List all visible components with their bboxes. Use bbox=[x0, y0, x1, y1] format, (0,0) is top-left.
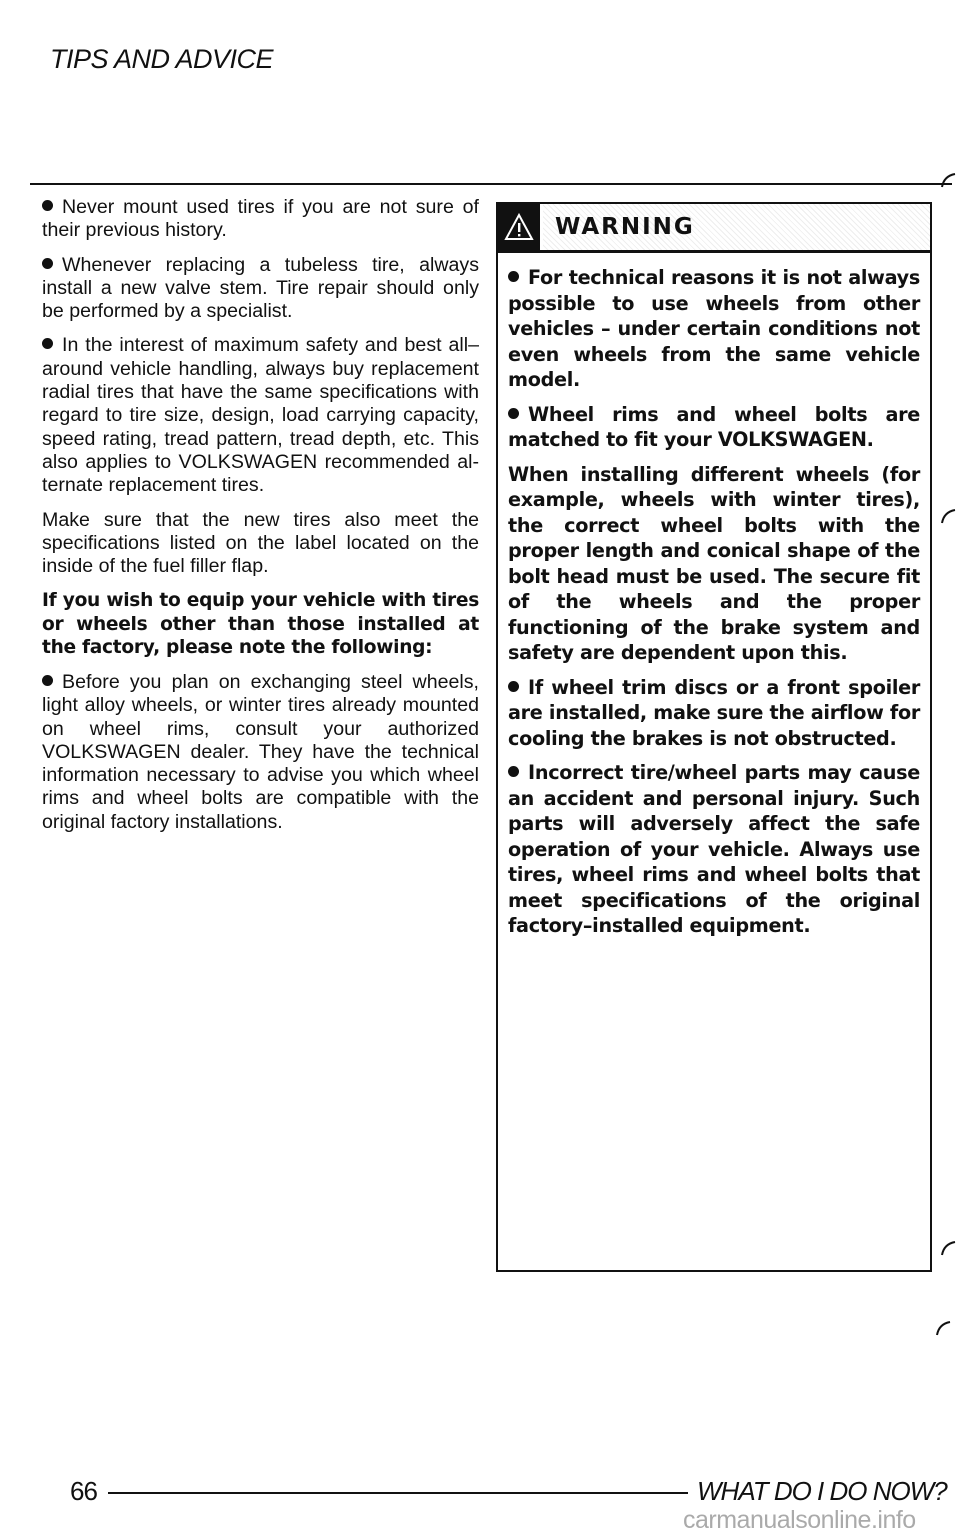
warning-item-4: If wheel trim discs or a front spoiler a… bbox=[508, 675, 920, 752]
paragraph-1: Never mount used tires if you are not su… bbox=[42, 196, 479, 243]
bullet-icon bbox=[42, 338, 53, 349]
running-head: TIPS AND ADVICE bbox=[50, 44, 273, 75]
paragraph-3: In the interest of maximum safety and be… bbox=[42, 334, 479, 497]
warning-body: For technical reasons it is not al­ways … bbox=[498, 253, 930, 939]
warning-item-2: Wheel rims and wheel bolts are matched t… bbox=[508, 402, 920, 453]
correction-mark-icon bbox=[940, 508, 956, 524]
left-column: Never mount used tires if you are not su… bbox=[42, 196, 479, 845]
bullet-icon bbox=[42, 258, 53, 269]
bullet-icon bbox=[42, 200, 53, 211]
warning-triangle-icon bbox=[504, 213, 534, 241]
correction-mark-icon bbox=[935, 1320, 951, 1336]
watermark: carmanualsonline.info bbox=[683, 1506, 916, 1535]
warning-item-5: Incorrect tire/wheel parts may cause an … bbox=[508, 760, 920, 939]
manual-page: TIPS AND ADVICE Never mount used tires i… bbox=[0, 0, 960, 1537]
paragraph-5-bold: If you wish to equip your vehicle with t… bbox=[42, 589, 479, 660]
bullet-icon bbox=[508, 766, 519, 777]
warning-title: WARNING bbox=[543, 204, 695, 250]
bullet-icon bbox=[42, 675, 53, 686]
paragraph-4: Make sure that the new tires also meet t… bbox=[42, 509, 479, 579]
bullet-icon bbox=[508, 681, 519, 692]
correction-mark-icon bbox=[940, 172, 956, 188]
top-rule bbox=[30, 183, 952, 185]
warning-header: WARNING bbox=[498, 204, 930, 253]
page-number: 66 bbox=[70, 1476, 97, 1507]
footer-rule bbox=[108, 1492, 688, 1494]
warning-box: WARNING For technical reasons it is not … bbox=[496, 202, 932, 1272]
warning-item-3: When installing different wheels (for ex… bbox=[508, 462, 920, 666]
paragraph-6: Before you plan on exchanging steel whee… bbox=[42, 671, 479, 834]
paragraph-2: Whenever replacing a tubeless tire, al­w… bbox=[42, 254, 479, 324]
bullet-icon bbox=[508, 271, 519, 282]
warning-icon-cell bbox=[498, 204, 543, 250]
warning-item-1: For technical reasons it is not al­ways … bbox=[508, 265, 920, 393]
footer-section-title: WHAT DO I DO NOW? bbox=[697, 1476, 947, 1507]
bullet-icon bbox=[508, 408, 519, 419]
correction-mark-icon bbox=[940, 1240, 956, 1256]
